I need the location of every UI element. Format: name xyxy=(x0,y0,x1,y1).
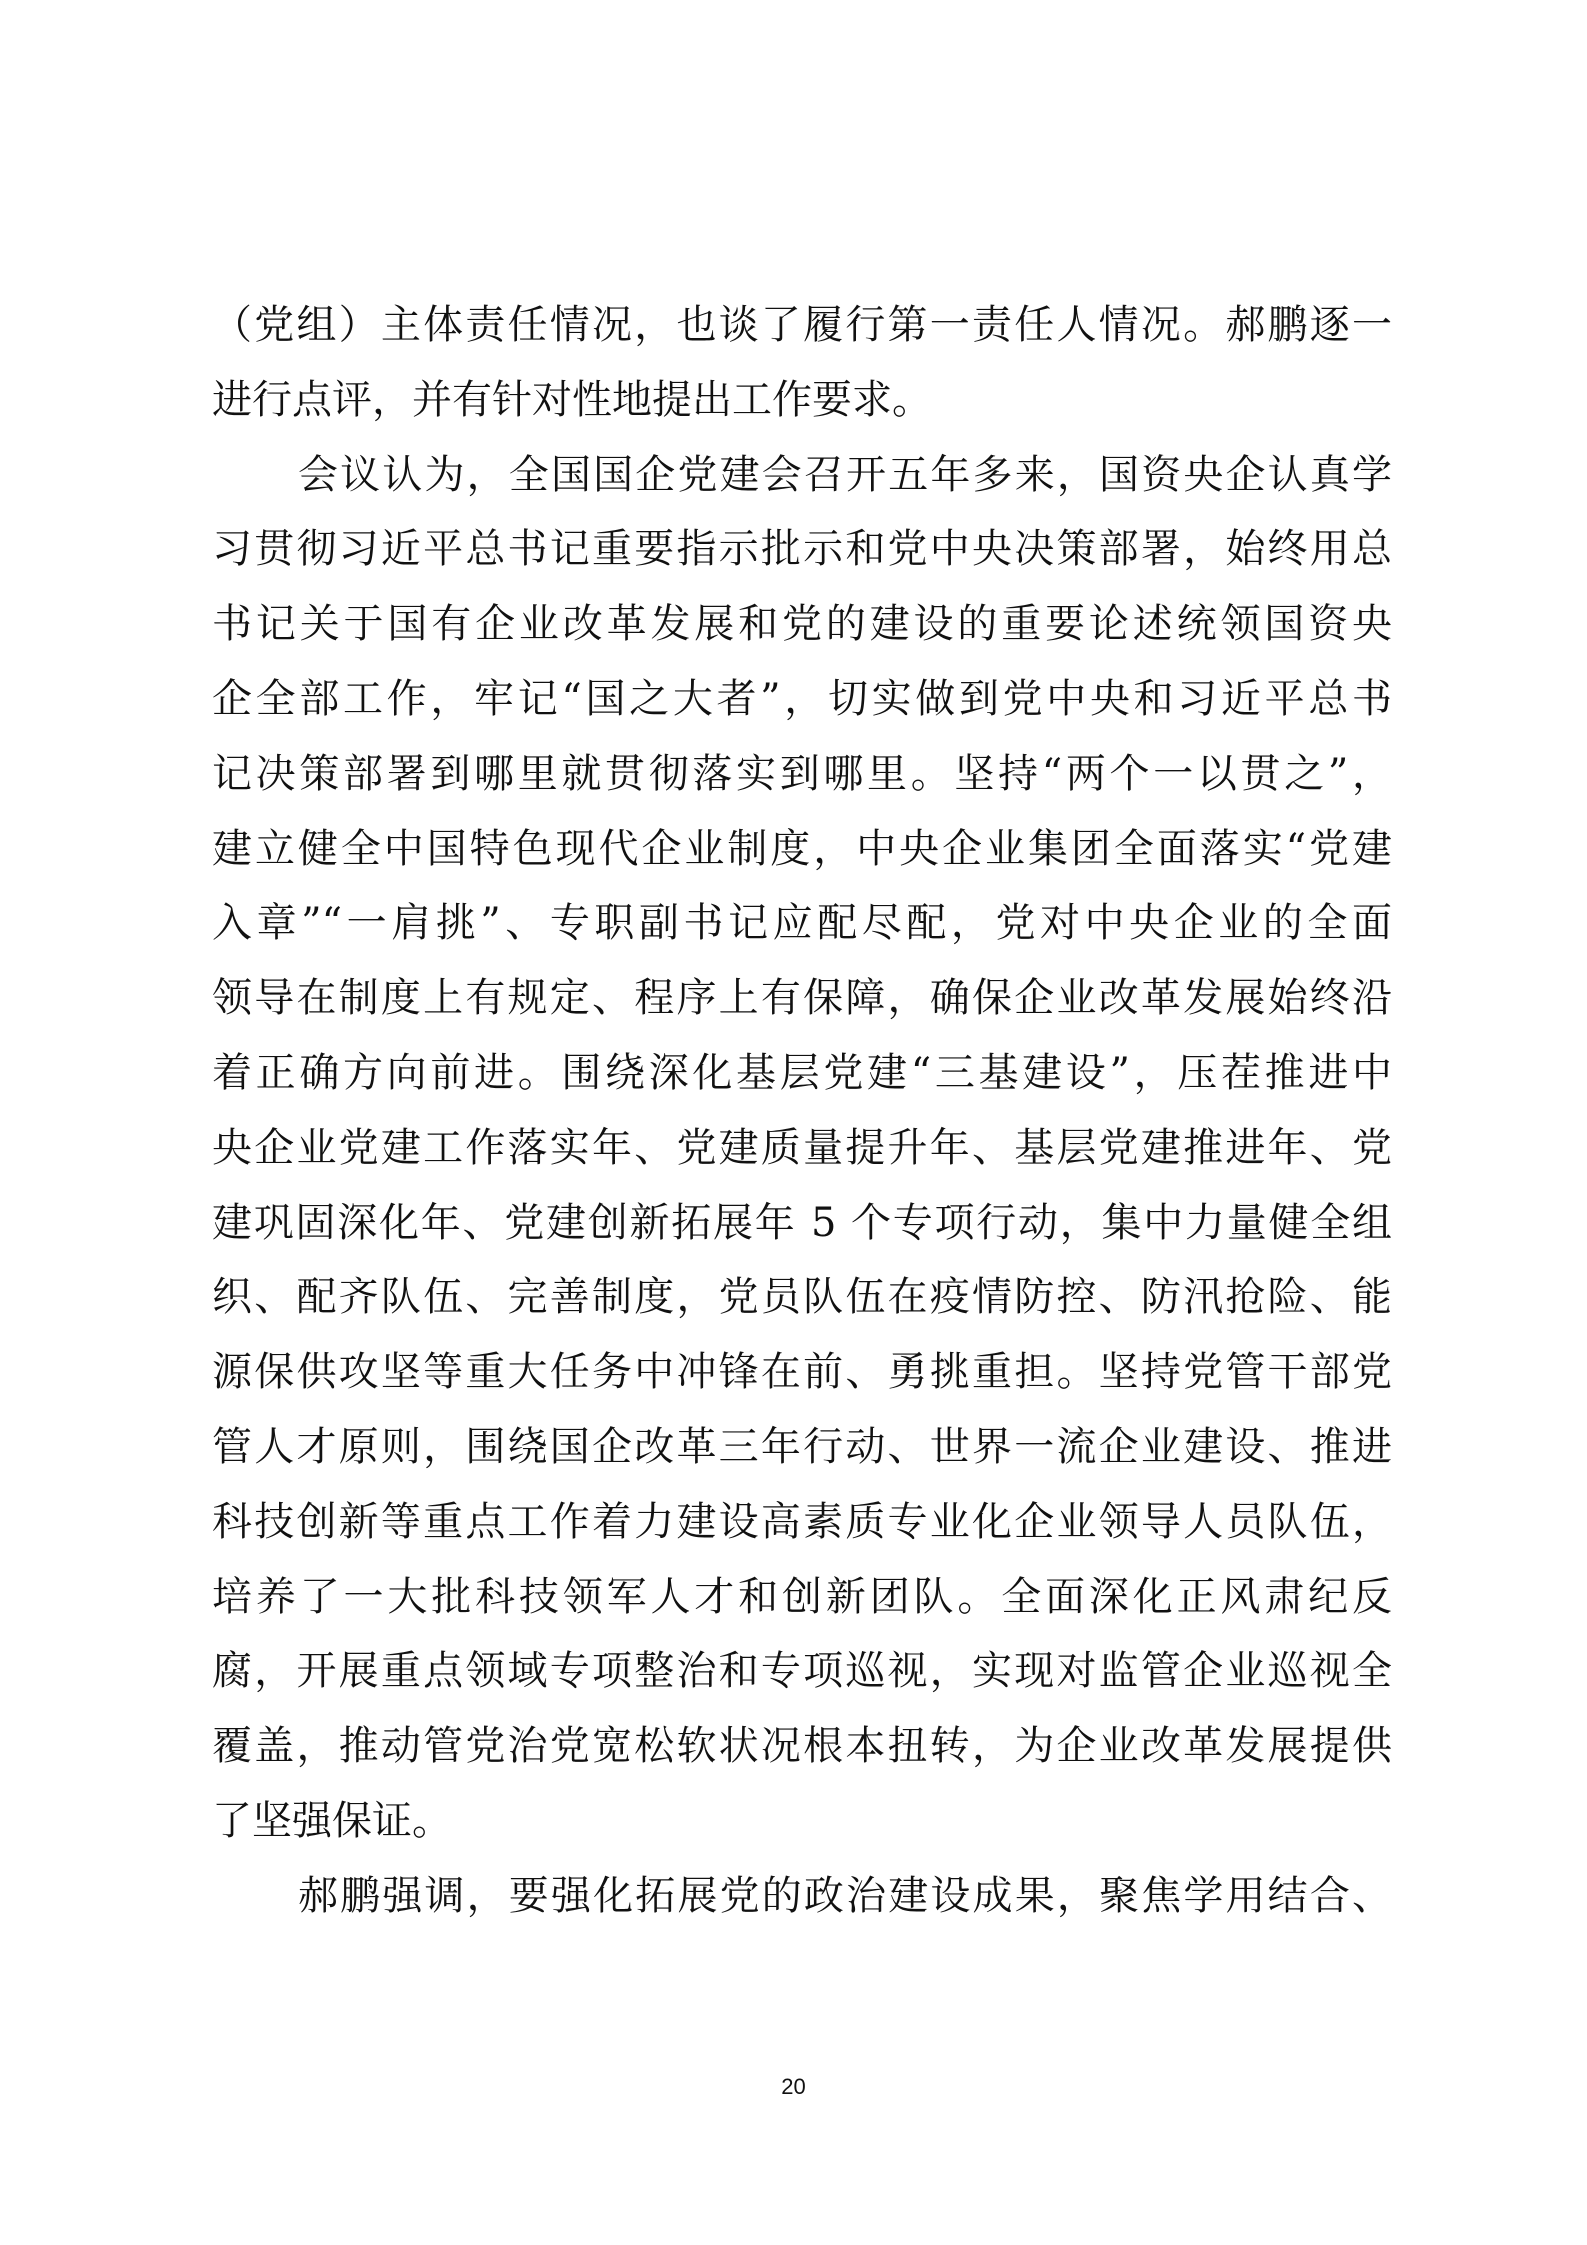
text-line: 源保供攻坚等重大任务中冲锋在前、勇挑重担。坚持党管干部党 xyxy=(212,1335,1392,1410)
text-line: 记决策部署到哪里就贯彻落实到哪里。坚持“两个一以贯之”， xyxy=(212,737,1392,812)
text-line: 郝鹏强调，要强化拓展党的政治建设成果，聚焦学用结合、 xyxy=(212,1859,1392,1934)
paragraph-2: 会议认为，全国国企党建会召开五年多来，国资央企认真学 习贯彻习近平总书记重要指示… xyxy=(212,438,1392,1859)
text-line: （党组）主体责任情况，也谈了履行第一责任人情况。郝鹏逐一 xyxy=(212,288,1392,363)
text-line: 书记关于国有企业改革发展和党的建设的重要论述统领国资央 xyxy=(212,587,1392,662)
text-line: 进行点评，并有针对性地提出工作要求。 xyxy=(212,363,1392,438)
paragraph-3: 郝鹏强调，要强化拓展党的政治建设成果，聚焦学用结合、 xyxy=(212,1859,1392,1934)
text-line: 会议认为，全国国企党建会召开五年多来，国资央企认真学 xyxy=(212,438,1392,513)
text-line: 建巩固深化年、党建创新拓展年 5 个专项行动，集中力量健全组 xyxy=(212,1186,1392,1261)
document-page: （党组）主体责任情况，也谈了履行第一责任人情况。郝鹏逐一 进行点评，并有针对性地… xyxy=(0,0,1587,2245)
text-line: 织、配齐队伍、完善制度，党员队伍在疫情防控、防汛抢险、能 xyxy=(212,1260,1392,1335)
page-number: 20 xyxy=(0,2074,1587,2100)
text-line: 着正确方向前进。围绕深化基层党建“三基建设”，压茬推进中 xyxy=(212,1036,1392,1111)
text-line: 建立健全中国特色现代企业制度，中央企业集团全面落实“党建 xyxy=(212,812,1392,887)
text-line: 领导在制度上有规定、程序上有保障，确保企业改革发展始终沿 xyxy=(212,961,1392,1036)
paragraph-1: （党组）主体责任情况，也谈了履行第一责任人情况。郝鹏逐一 进行点评，并有针对性地… xyxy=(212,288,1392,438)
text-line: 培养了一大批科技领军人才和创新团队。全面深化正风肃纪反 xyxy=(212,1560,1392,1635)
text-line: 习贯彻习近平总书记重要指示批示和党中央决策部署，始终用总 xyxy=(212,512,1392,587)
text-line: 入章”“一肩挑”、专职副书记应配尽配，党对中央企业的全面 xyxy=(212,886,1392,961)
body-text: （党组）主体责任情况，也谈了履行第一责任人情况。郝鹏逐一 进行点评，并有针对性地… xyxy=(212,288,1392,1934)
text-line: 企全部工作，牢记“国之大者”，切实做到党中央和习近平总书 xyxy=(212,662,1392,737)
text-line: 管人才原则，围绕国企改革三年行动、世界一流企业建设、推进 xyxy=(212,1410,1392,1485)
text-line: 科技创新等重点工作着力建设高素质专业化企业领导人员队伍， xyxy=(212,1485,1392,1560)
text-line: 覆盖，推动管党治党宽松软状况根本扭转，为企业改革发展提供 xyxy=(212,1709,1392,1784)
text-line: 腐，开展重点领域专项整治和专项巡视，实现对监管企业巡视全 xyxy=(212,1634,1392,1709)
text-line: 了坚强保证。 xyxy=(212,1784,1392,1859)
text-line: 央企业党建工作落实年、党建质量提升年、基层党建推进年、党 xyxy=(212,1111,1392,1186)
